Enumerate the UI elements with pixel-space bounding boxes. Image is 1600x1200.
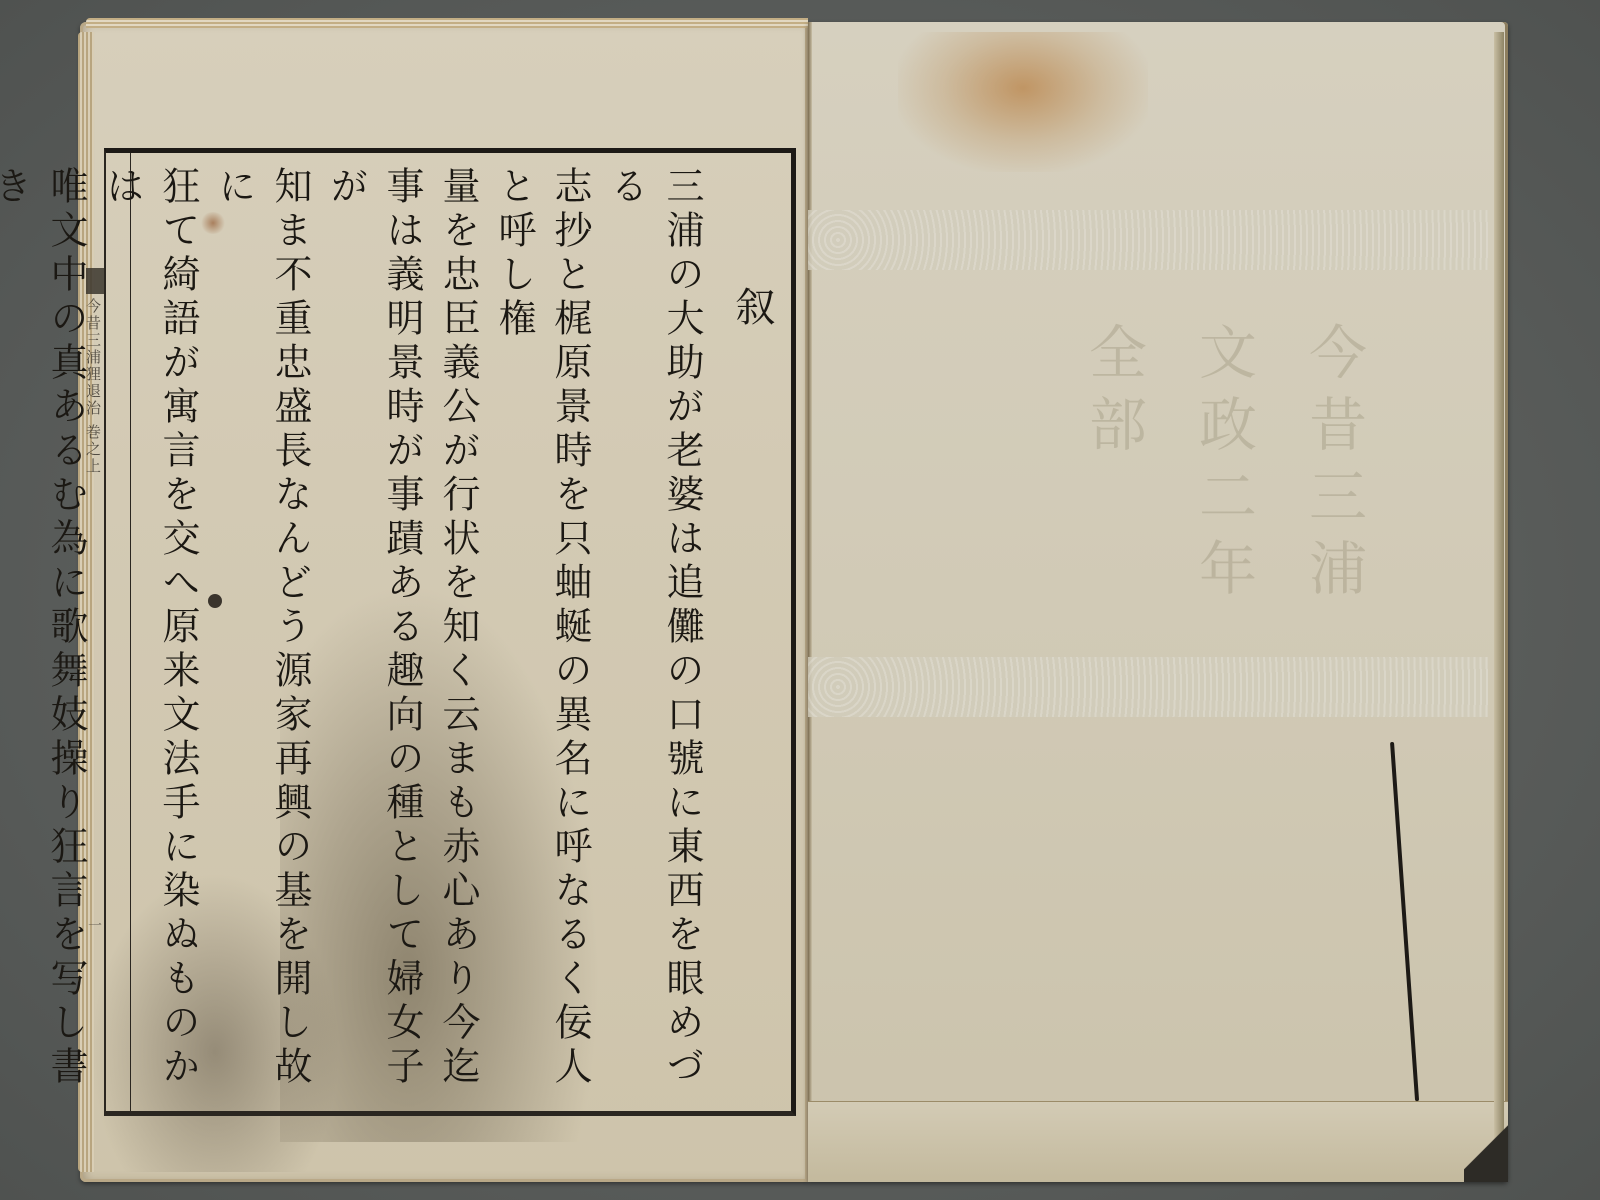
text-column: 唯文中の真あるむ為に歌舞妓操り狂言を写し書き — [0, 166, 94, 1096]
preface-heading: 叙 — [724, 286, 780, 1096]
embossed-pattern-band — [808, 210, 1488, 270]
folded-bottom-flap — [808, 1101, 1508, 1182]
text-column: 量を忠臣義公が行状を知く云まも赤心あり今迄 — [430, 166, 486, 1096]
text-column: 狂て綺語が寓言を交へ原来文法手に染ぬものかは — [94, 166, 206, 1096]
text-column: 事は義明景時が事蹟ある趣向の種として婦女子が — [318, 166, 430, 1096]
left-page: 今昔三浦狸退治 巻之上 一 叙 三浦の大助が老婆は追儺の口號に東西を眼めづる 志… — [80, 22, 808, 1182]
preface-text: 叙 三浦の大助が老婆は追儺の口號に東西を眼めづる 志抄と梶原景時を只蚰蜒の異名に… — [140, 166, 780, 1096]
worn-corner — [1464, 1122, 1508, 1182]
text-column: 三浦の大助が老婆は追儺の口號に東西を眼めづる — [598, 166, 710, 1096]
spine-crease — [808, 22, 812, 1182]
right-page-cover: 今昔三浦 文政二年 全部 — [808, 22, 1508, 1182]
cover-right-edge — [1494, 32, 1504, 1172]
text-column: 志抄と梶原景時を只蚰蜒の異名に呼なるく佞人と呼し権 — [486, 166, 598, 1096]
rust-stain — [898, 32, 1148, 172]
paper-crack — [1390, 742, 1419, 1101]
page-top-edge — [86, 18, 808, 28]
faded-title-label: 今昔三浦 文政二年 全部 — [868, 322, 1388, 682]
text-column: 知ま不重忠盛長なんどう源家再興の基を開し故に — [206, 166, 318, 1096]
